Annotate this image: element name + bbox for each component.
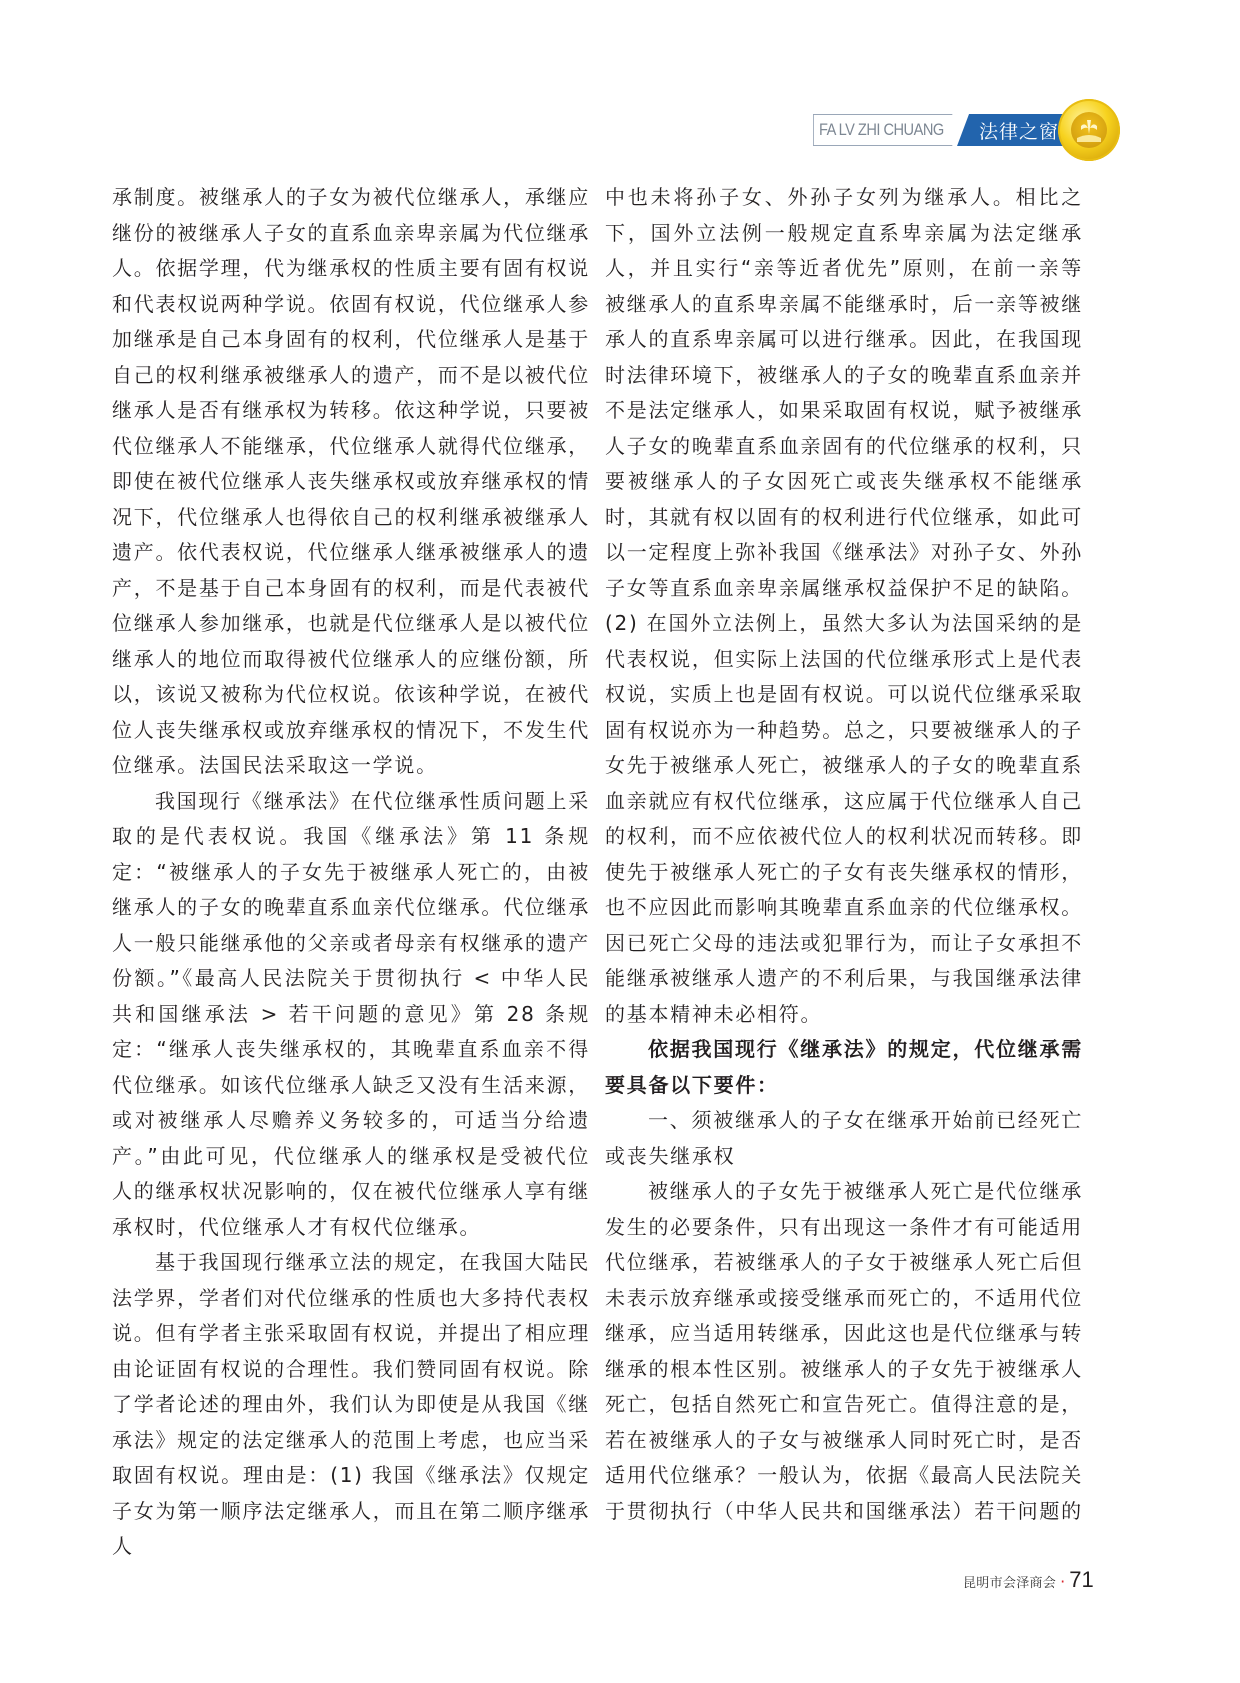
gold-emblem-icon: [1058, 99, 1120, 161]
subsection-heading: 一、须被继承人的子女在继承开始前已经死亡或丧失继承权: [605, 1103, 1083, 1174]
paragraph: 基于我国现行继承立法的规定，在我国大陆民法学界，学者们对代位继承的性质也大多持代…: [112, 1245, 590, 1565]
paragraph: 中也未将孙子女、外孙子女列为继承人。相比之下，国外立法例一般规定直系卑亲属为法定…: [605, 180, 1083, 1032]
publication-name: 昆明市会泽商会: [963, 1572, 1056, 1591]
separator-dot: ·: [1060, 1572, 1065, 1591]
page-number: 71: [1069, 1567, 1093, 1593]
section-header: FA LV ZHI CHUANG 法律之窗: [813, 114, 1069, 146]
page-footer: 昆明市会泽商会 · 71: [963, 1567, 1094, 1593]
article-column-left: 承制度。被继承人的子女为被代位继承人，承继应继份的被继承人子女的直系血亲卑亲属为…: [112, 180, 590, 1565]
section-title-cn: 法律之窗: [957, 114, 1069, 146]
paragraph: 被继承人的子女先于被继承人死亡是代位继承发生的必要条件，只有出现这一条件才有可能…: [605, 1174, 1083, 1529]
section-lead-heading: 依据我国现行《继承法》的规定，代位继承需要具备以下要件：: [605, 1032, 1083, 1103]
section-title-latin: FA LV ZHI CHUANG: [813, 114, 952, 146]
paragraph: 我国现行《继承法》在代位继承性质问题上采取的是代表权说。我国《继承法》第 11 …: [112, 784, 590, 1246]
article-column-right: 中也未将孙子女、外孙子女列为继承人。相比之下，国外立法例一般规定直系卑亲属为法定…: [605, 180, 1083, 1529]
paragraph: 承制度。被继承人的子女为被代位继承人，承继应继份的被继承人子女的直系血亲卑亲属为…: [112, 180, 590, 784]
